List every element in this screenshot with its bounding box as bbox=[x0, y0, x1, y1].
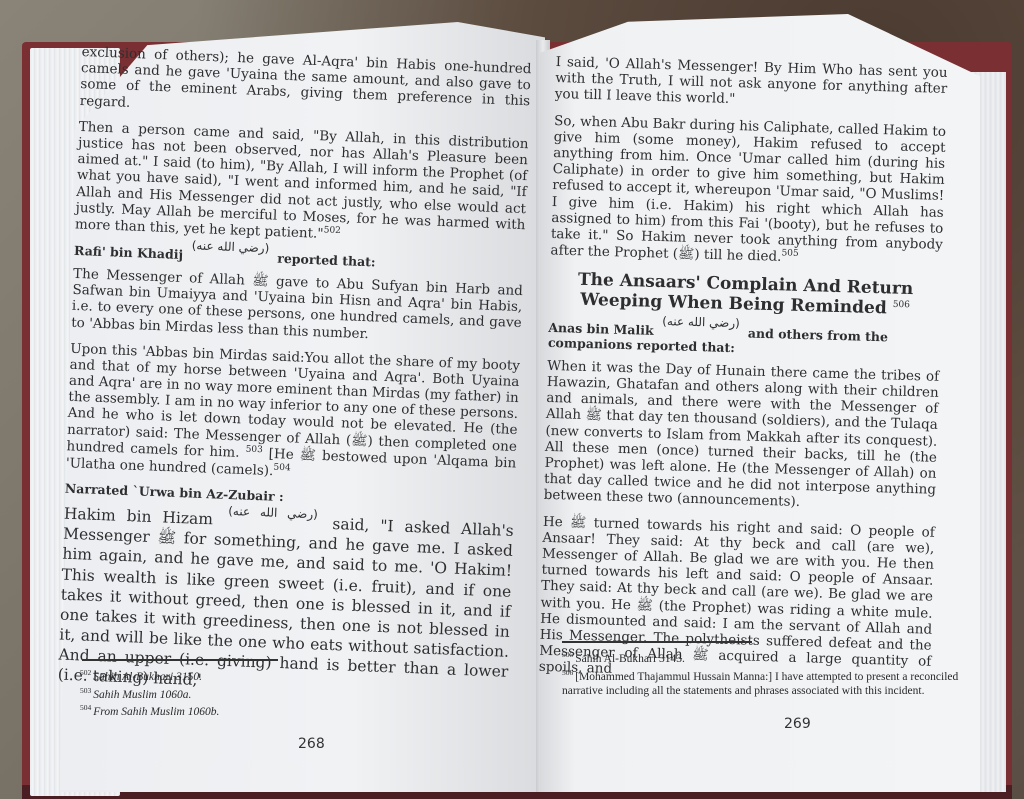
footnote-ref[interactable]: 503 bbox=[245, 444, 263, 455]
right-page-body: I said, 'O Allah's Messenger! By Him Who… bbox=[538, 54, 947, 696]
footnote: 505Sahih Al-Bukhari 3143. bbox=[562, 650, 982, 668]
left-footnotes: 502Sahih Al-Bukhari 3150. 503Sahih Musli… bbox=[80, 668, 380, 721]
footnote-ref[interactable]: 505 bbox=[781, 248, 798, 258]
paragraph: Then a person came and said, "By Allah, … bbox=[75, 119, 529, 250]
arabic-honorific: (رضي الله عنه) bbox=[228, 504, 318, 521]
footnote-text: From Sahih Muslim 1060b. bbox=[93, 706, 219, 718]
paragraph-text: So, when Abu Bakr during his Caliphate, … bbox=[550, 113, 946, 265]
footnote-number: 506 bbox=[562, 668, 573, 677]
left-page-body: exclusion of others); he gave Al-Aqra' b… bbox=[57, 44, 532, 712]
arabic-honorific: (رضي الله عنه) bbox=[662, 314, 740, 330]
footnote: 506[Mohammed Thajammul Hussain Manna:] I… bbox=[562, 668, 982, 700]
page-number-right: 269 bbox=[784, 716, 811, 732]
footnote-divider bbox=[562, 641, 752, 643]
right-footnotes: 505Sahih Al-Bukhari 3143. 506[Mohammed T… bbox=[562, 650, 982, 699]
arabic-honorific: (رضي الله عنه) bbox=[192, 238, 270, 255]
footnote-ref[interactable]: 502 bbox=[323, 225, 341, 236]
footnote: 504From Sahih Muslim 1060b. bbox=[80, 703, 380, 721]
paragraph: When it was the Day of Hunain there came… bbox=[543, 358, 939, 515]
narrator-heading: Anas bin Malik (رضي الله عنه) and others… bbox=[548, 319, 941, 360]
footnote-ref[interactable]: 506 bbox=[893, 300, 910, 310]
narrator-name: Rafi' bin Khadij bbox=[74, 242, 184, 261]
footnote-number: 503 bbox=[80, 686, 91, 695]
paragraph: The Messenger of Allah ﷺ gave to Abu Suf… bbox=[71, 266, 523, 348]
footnote-text: [Mohammed Thajammul Hussain Manna:] I ha… bbox=[562, 670, 958, 697]
narrator-suffix: reported that: bbox=[277, 250, 376, 269]
footnote-divider bbox=[82, 659, 278, 661]
footnote: 502Sahih Al-Bukhari 3150. bbox=[80, 668, 380, 686]
footnote-text: Sahih Al-Bukhari 3143. bbox=[575, 653, 685, 665]
footnote-number: 504 bbox=[80, 703, 91, 712]
paragraph: So, when Abu Bakr during his Caliphate, … bbox=[550, 113, 946, 270]
page-number-left: 268 bbox=[298, 736, 325, 752]
paragraph-text: Upon this 'Abbas bin Mirdas said:You all… bbox=[66, 340, 520, 460]
paragraph-text: Then a person came and said, "By Allah, … bbox=[75, 119, 529, 242]
section-title-text: The Ansaars' Complain And Return Weeping… bbox=[578, 269, 914, 318]
paragraph: I said, 'O Allah's Messenger! By Him Who… bbox=[555, 54, 948, 113]
footnote: 503Sahih Muslim 1060a. bbox=[80, 686, 380, 704]
footnote-number: 502 bbox=[80, 668, 91, 677]
section-title: The Ansaars' Complain And Return Weeping… bbox=[549, 269, 942, 321]
footnote-text: Sahih Al-Bukhari 3150. bbox=[93, 671, 202, 683]
footnote-ref[interactable]: 504 bbox=[273, 462, 291, 473]
paragraph: Upon this 'Abbas bin Mirdas said:You all… bbox=[66, 340, 521, 488]
footnote-text: Sahih Muslim 1060a. bbox=[93, 688, 191, 700]
footnote-number: 505 bbox=[562, 650, 573, 659]
paragraph-text: said, "I asked Allah's Messenger ﷺ for s… bbox=[57, 515, 514, 689]
